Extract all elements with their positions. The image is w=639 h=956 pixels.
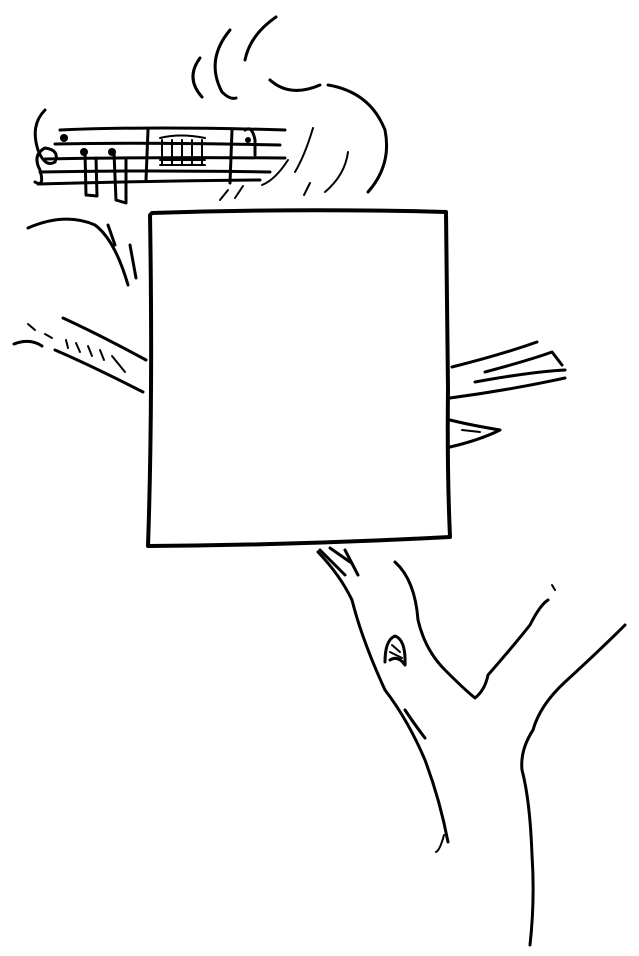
right-branch-upper bbox=[450, 342, 565, 398]
left-branch-lower bbox=[14, 318, 146, 392]
tree-trunk bbox=[318, 548, 625, 945]
trunk-knot bbox=[385, 636, 405, 665]
sketch-canvas bbox=[0, 0, 639, 956]
left-branch-upper bbox=[28, 219, 136, 285]
blank-frame bbox=[148, 210, 450, 546]
right-branch-lower bbox=[450, 420, 500, 447]
sketch-drawing bbox=[0, 0, 639, 956]
